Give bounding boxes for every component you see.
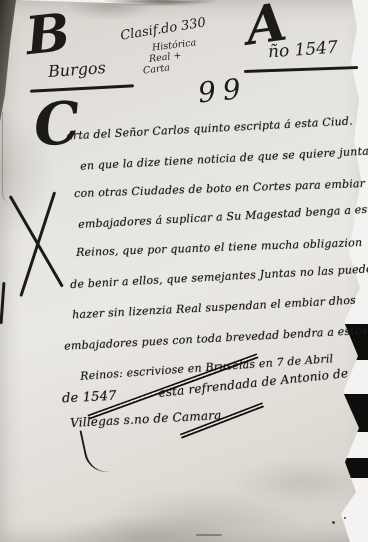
body-initial: C (32, 98, 82, 151)
body-line-10-date: de 1547 (62, 389, 117, 407)
scan-background: B Burgos Clasif.do 330 Histórica Real + … (0, 0, 368, 542)
paper-crease (2, 112, 13, 204)
monogram-b: B (24, 12, 72, 58)
notary-flourish: 99 (196, 71, 249, 109)
edge-smudge (104, 0, 216, 6)
ink-speck (344, 517, 346, 519)
place-name: Burgos (47, 58, 106, 81)
edge-dirt (196, 534, 222, 536)
ink-speck (332, 521, 335, 524)
